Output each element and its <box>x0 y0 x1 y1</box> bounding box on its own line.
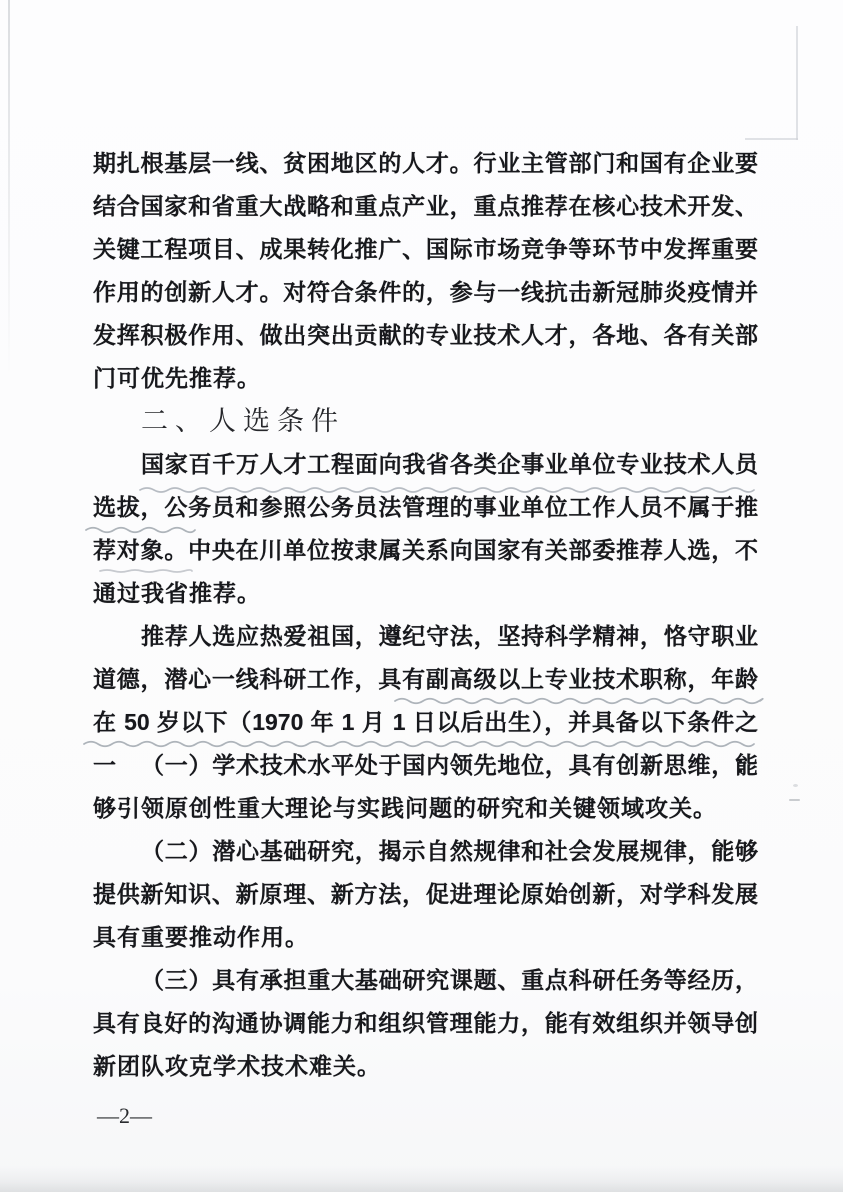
text-line: （三）具有承担重大基础研究课题、重点科研任务等经历， <box>93 959 758 1002</box>
text-line: 提供新知识、新原理、新方法，促进理论原始创新，对学科发展 <box>93 873 758 916</box>
text-line: 期扎根基层一线、贫困地区的人才。行业主管部门和国有企业要 <box>93 142 758 185</box>
text-line: 发挥积极作用、做出突出贡献的专业技术人才，各地、各有关部 <box>93 314 758 357</box>
scan-fold-mark-horizontal <box>745 138 798 140</box>
scan-smudge-dot <box>793 784 798 787</box>
section-heading: 二、人选条件 <box>93 400 758 443</box>
text-line: 作用的创新人才。对符合条件的，参与一线抗击新冠肺炎疫情并 <box>93 271 758 314</box>
text-line: 选拔，公务员和参照公务员法管理的事业单位工作人员不属于推 <box>93 486 758 529</box>
page-number: —2— <box>97 1103 152 1129</box>
text-line: 关键工程项目、成果转化推广、国际市场竞争等环节中发挥重要 <box>93 228 758 271</box>
text-line: 新团队攻克学术技术难关。 <box>93 1045 758 1088</box>
text-line: 荐对象。中央在川单位按隶属关系向国家有关部委推荐人选，不 <box>93 529 758 572</box>
text-line: （二）潜心基础研究，揭示自然规律和社会发展规律，能够 <box>93 830 758 873</box>
text-line: 够引领原创性重大理论与实践问题的研究和关键领域攻关。 <box>93 787 758 830</box>
text-line: 通过我省推荐。 <box>93 572 758 615</box>
text-line: 具有良好的沟通协调能力和组织管理能力，能有效组织并领导创 <box>93 1002 758 1045</box>
document-body: 期扎根基层一线、贫困地区的人才。行业主管部门和国有企业要结合国家和省重大战略和重… <box>93 142 758 1088</box>
text-line: 结合国家和省重大战略和重点产业，重点推荐在核心技术开发、 <box>93 185 758 228</box>
text-line: 门可优先推荐。 <box>93 357 758 400</box>
scan-fold-mark-vertical <box>796 26 798 140</box>
scan-smudge-dash <box>789 799 800 801</box>
text-line: 道德，潜心一线科研工作，具有副高级以上专业技术职称，年龄 <box>93 658 758 701</box>
scanned-document-page: 期扎根基层一线、贫困地区的人才。行业主管部门和国有企业要结合国家和省重大战略和重… <box>0 0 843 1192</box>
scan-edge-line <box>8 0 10 380</box>
scan-bottom-shade <box>0 1166 843 1192</box>
text-line: 国家百千万人才工程面向我省各类企事业单位专业技术人员 <box>93 443 758 486</box>
text-line: （一）学术技术水平处于国内领先地位，具有创新思维，能 <box>93 744 758 787</box>
text-line: 推荐人选应热爱祖国，遵纪守法，坚持科学精神，恪守职业 <box>93 615 758 658</box>
text-line: 具有重要推动作用。 <box>93 916 758 959</box>
text-line: 在 50 岁以下（1970 年 1 月 1 日以后出生），并具备以下条件之一： <box>93 701 758 744</box>
